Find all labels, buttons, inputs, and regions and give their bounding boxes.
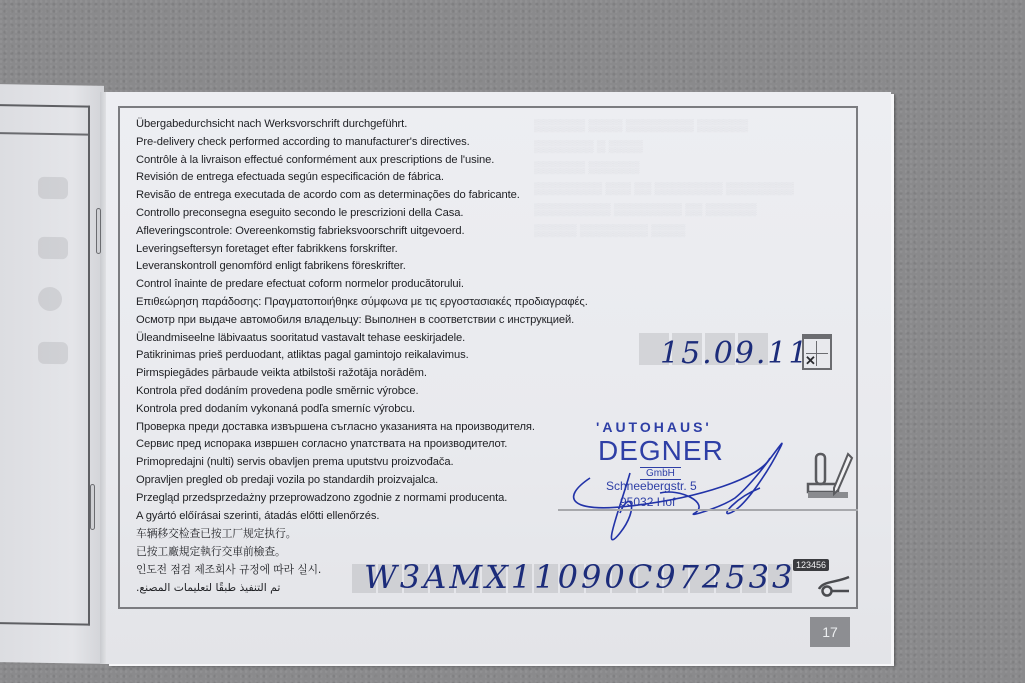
- vehicle-key-icon: [815, 575, 851, 597]
- handwritten-vin: W3AMX11090C972533: [364, 558, 795, 596]
- handwritten-signature: [560, 418, 820, 553]
- left-page-ghost-icon: [38, 287, 62, 311]
- left-page: [0, 84, 104, 664]
- calendar-icon: ✕: [802, 334, 832, 370]
- page-number: 17: [810, 617, 850, 647]
- statement-sk: Kontrola pred dodaním vykonaná podľa sme…: [136, 401, 588, 419]
- statement-nl: Afleveringscontrole: Overeenkomstig fabr…: [136, 223, 588, 241]
- statement-cs: Kontrola před dodáním provedena podle sm…: [136, 383, 588, 401]
- statement-sl: Opravljen pregled ob predaji vozila po s…: [136, 472, 588, 490]
- handwritten-date: 15.09.11: [660, 336, 810, 371]
- staple: [90, 484, 95, 530]
- left-page-ghost-icon: [38, 237, 68, 260]
- stamp-and-pen-icon: [806, 448, 854, 504]
- staple: [96, 208, 101, 254]
- vin-field-label: 123456: [793, 559, 829, 571]
- statement-zh-hans: 车辆移交检查已按工厂规定执行。: [136, 525, 588, 543]
- statement-en: Pre-delivery check performed according t…: [136, 134, 588, 152]
- statement-lt: Patikrinimas prieš perduodant, atliktas …: [136, 347, 588, 365]
- right-page: ▒▒▒▒▒▒ ▒▒▒▒ ▒▒▒▒▒▒▒▒ ▒▒▒▒▒▒ ▒▒▒▒▒▒▒ ▒ ▒▒…: [106, 92, 891, 664]
- statement-bg: Проверка преди доставка извършена съглас…: [136, 419, 588, 437]
- statement-et: Üleandmiseelne läbivaatus sooritatud vas…: [136, 330, 588, 348]
- statement-el: Επιθεώρηση παράδοσης: Πραγματοποιήθηκε σ…: [136, 294, 588, 312]
- left-page-ghost-icon: [38, 342, 68, 365]
- statement-da: Leveringseftersyn foretaget efter fabrik…: [136, 241, 588, 259]
- signature-line: [558, 509, 858, 511]
- statement-hr: Primopredajni (nulti) servis obavljen pr…: [136, 454, 588, 472]
- statement-it: Controllo preconsegna eseguito secondo l…: [136, 205, 588, 223]
- statement-hu: A gyártó előírásai szerinti, átadás előt…: [136, 508, 588, 526]
- statement-pt: Revisão de entrega executada de acordo c…: [136, 187, 588, 205]
- inspection-statements: Übergabedurchsicht nach Werksvorschrift …: [136, 116, 588, 597]
- statement-ro: Control înainte de predare efectuat cofo…: [136, 276, 588, 294]
- left-page-ghost-icon: [38, 177, 68, 200]
- statement-lv: Pirmspiegādes pārbaude veikta atbilstoši…: [136, 365, 588, 383]
- statement-pl: Przegląd przedsprzedażny przeprowadzono …: [136, 490, 588, 508]
- inspection-frame: ▒▒▒▒▒▒ ▒▒▒▒ ▒▒▒▒▒▒▒▒ ▒▒▒▒▒▒ ▒▒▒▒▒▒▒ ▒ ▒▒…: [118, 106, 858, 609]
- statement-es: Revisión de entrega efectuada según espe…: [136, 169, 588, 187]
- statement-ru: Осмотр при выдаче автомобиля владельцу: …: [136, 312, 588, 330]
- left-page-header-rule: [0, 132, 88, 136]
- statement-fr: Contrôle à la livraison effectué conform…: [136, 152, 588, 170]
- statement-sv: Leveranskontroll genomförd enligt fabrik…: [136, 258, 588, 276]
- statement-mk: Сервис пред испорака извршен согласно уп…: [136, 436, 588, 454]
- statement-de: Übergabedurchsicht nach Werksvorschrift …: [136, 116, 588, 134]
- left-page-frame: [0, 104, 90, 626]
